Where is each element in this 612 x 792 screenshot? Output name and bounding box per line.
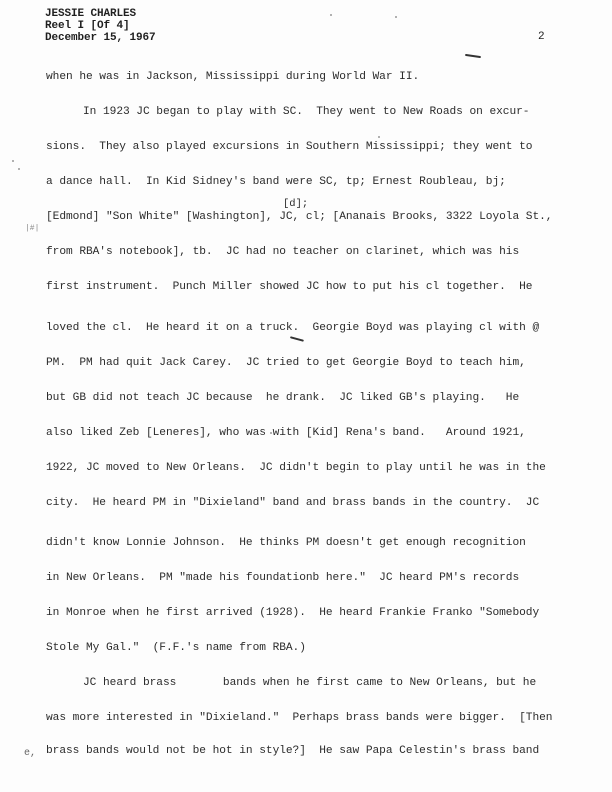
body-line-9: PM. PM had quit Jack Carey. JC tried to … bbox=[46, 357, 526, 370]
body-line-5: [Edmond] "Son White" [Washington], JC, c… bbox=[46, 211, 552, 224]
interviewee-name: JESSIE CHARLES bbox=[45, 8, 136, 20]
pen-mark bbox=[465, 54, 481, 58]
body-line-13: city. He heard PM in "Dixieland" band an… bbox=[46, 497, 539, 510]
body-line-8: loved the cl. He heard it on a truck. Ge… bbox=[46, 322, 539, 335]
body-line-19: was more interested in "Dixieland." Perh… bbox=[46, 712, 552, 725]
interview-date: December 15, 1967 bbox=[45, 32, 156, 44]
scan-speck bbox=[395, 16, 397, 18]
body-line-16: in Monroe when he first arrived (1928). … bbox=[46, 607, 539, 620]
body-line-2: In 1923 JC began to play with SC. They w… bbox=[83, 106, 529, 119]
document-page: JESSIE CHARLES Reel I [Of 4] December 15… bbox=[0, 0, 612, 792]
body-line-3: sions. They also played excursions in So… bbox=[46, 141, 532, 154]
page-number: 2 bbox=[538, 31, 545, 43]
body-line-10: but GB did not teach JC because he drank… bbox=[46, 392, 519, 405]
body-line-4: a dance hall. In Kid Sidney's band were … bbox=[46, 176, 506, 189]
body-line-12: 1922, JC moved to New Orleans. JC didn't… bbox=[46, 462, 546, 475]
margin-mark-left: |#| bbox=[25, 224, 39, 233]
scan-speck bbox=[12, 160, 14, 162]
reel-label: Reel I [Of 4] bbox=[45, 20, 130, 32]
body-line-20: brass bands would not be hot in style?] … bbox=[46, 745, 539, 758]
body-line-18: JC heard brass bands when he first came … bbox=[83, 677, 536, 690]
handwritten-insert-d: [d]; bbox=[283, 198, 308, 210]
body-line-1: when he was in Jackson, Mississippi duri… bbox=[46, 71, 419, 84]
scan-speck bbox=[270, 432, 272, 434]
body-line-11: also liked Zeb [Leneres], who was with [… bbox=[46, 427, 526, 440]
margin-mark-bottom: e, bbox=[24, 748, 36, 759]
body-line-15: in New Orleans. PM "made his foundationb… bbox=[46, 572, 519, 585]
scan-speck bbox=[18, 168, 20, 170]
body-line-6: from RBA's notebook], tb. JC had no teac… bbox=[46, 246, 519, 259]
pen-mark bbox=[290, 336, 304, 341]
scan-speck bbox=[330, 14, 332, 16]
body-line-14: didn't know Lonnie Johnson. He thinks PM… bbox=[46, 537, 526, 550]
body-line-7: first instrument. Punch Miller showed JC… bbox=[46, 281, 532, 294]
scan-speck bbox=[378, 136, 380, 138]
body-line-17: Stole My Gal." (F.F.'s name from RBA.) bbox=[46, 642, 306, 655]
